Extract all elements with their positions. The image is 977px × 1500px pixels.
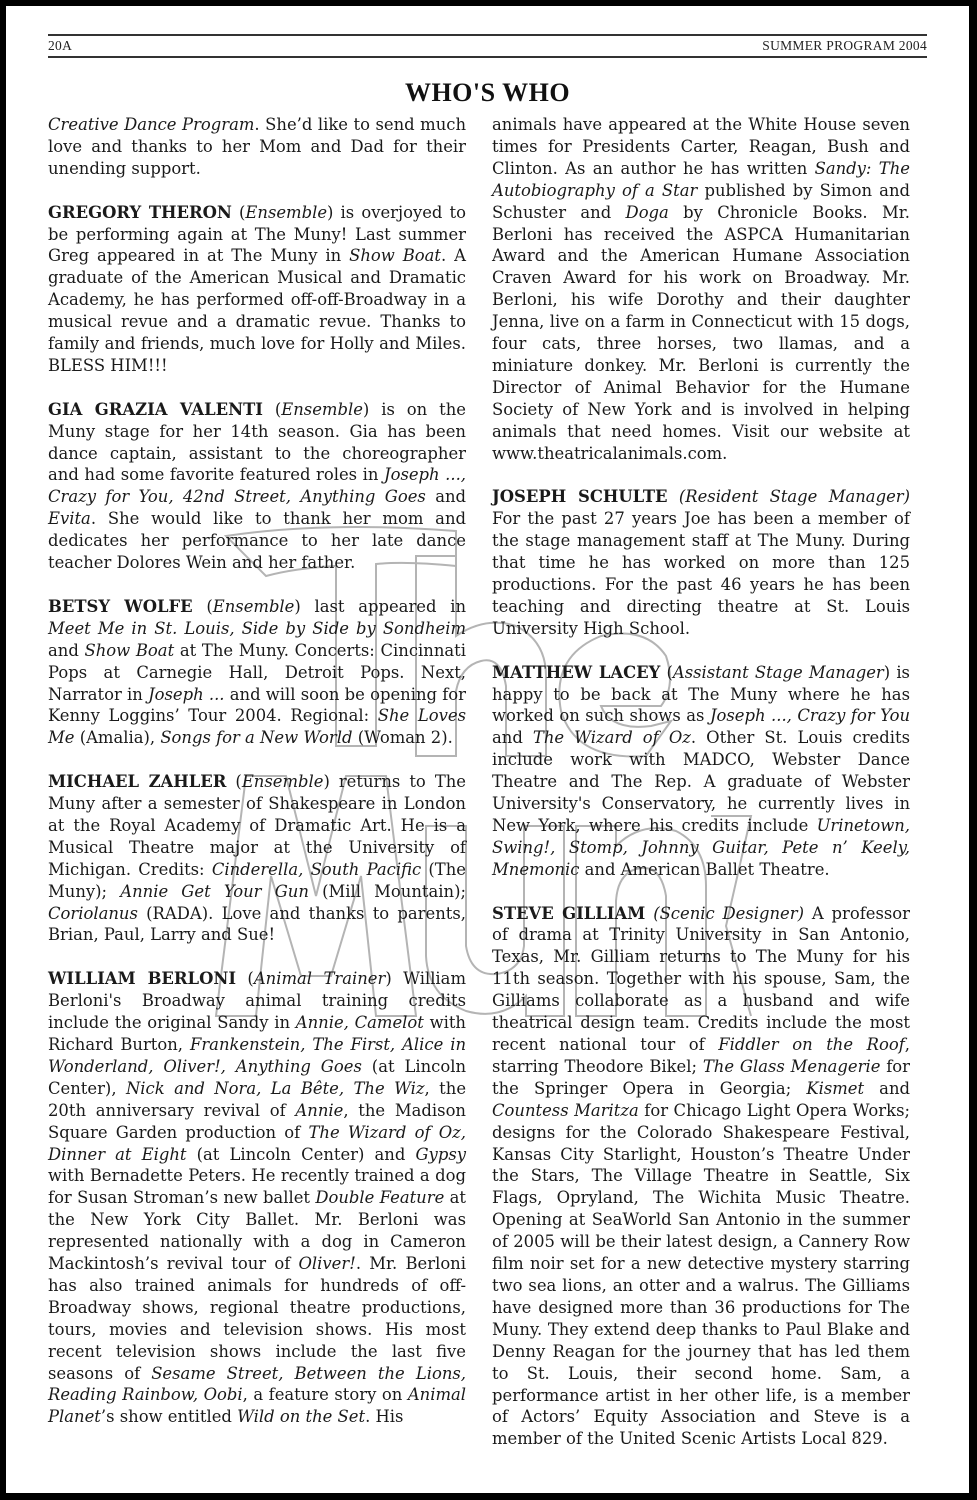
publication-title: SUMMER PROGRAM 2004: [762, 38, 927, 54]
bio-text: and: [426, 487, 466, 506]
bio-text: [668, 487, 679, 506]
italic-title-text: (Scenic Designer): [653, 904, 804, 923]
italic-title-text: Coriolanus: [48, 904, 138, 923]
italic-title-text: Nick and Nora, La Bête, The Wiz: [126, 1079, 425, 1098]
bio-entry: JOSEPH SCHULTE (Resident Stage Manager) …: [492, 486, 910, 639]
italic-title-text: Joseph ...: [148, 685, 224, 704]
bio-entry: MICHAEL ZAHLER (Ensemble) returns to The…: [48, 771, 466, 946]
bio-name: GIA GRAZIA VALENTI: [48, 400, 263, 419]
italic-title-text: Annie: [295, 1101, 343, 1120]
italic-title-text: Gypsy: [415, 1145, 466, 1164]
page-title: WHO'S WHO: [6, 78, 969, 108]
bio-name: MICHAEL ZAHLER: [48, 772, 226, 791]
bio-text: (Woman 2).: [353, 728, 453, 747]
bio-text: , a feature story on: [243, 1385, 408, 1404]
italic-title-text: Animal Trainer: [254, 969, 386, 988]
page-number: 20A: [48, 38, 72, 54]
bio-text: For the past 27 years Joe has been a mem…: [492, 509, 910, 638]
italic-title-text: The Wizard of Oz: [533, 728, 691, 747]
bio-text: and: [492, 728, 533, 747]
italic-title-text: Countess Maritza: [492, 1101, 639, 1120]
right-column: animals have appeared at the White House…: [492, 114, 910, 1472]
italic-title-text: Show Boat: [85, 641, 175, 660]
bio-text: by Chronicle Books. Mr. Berloni has rece…: [492, 203, 910, 463]
bio-entry: MATTHEW LACEY (Assistant Stage Manager) …: [492, 662, 910, 881]
bio-text: . She would like to thank her mom and de…: [48, 509, 466, 572]
italic-title-text: Joseph ..., Crazy for You: [710, 706, 910, 725]
bio-entry: WILLIAM BERLONI (Animal Trainer) William…: [48, 968, 466, 1428]
bio-entry: BETSY WOLFE (Ensemble) last appeared in …: [48, 596, 466, 749]
bio-name: JOSEPH SCHULTE: [492, 487, 668, 506]
bio-name: MATTHEW LACEY: [492, 663, 660, 682]
italic-title-text: Oliver!: [299, 1254, 356, 1273]
bio-text: (: [193, 597, 213, 616]
bio-entry: GIA GRAZIA VALENTI (Ensemble) is on the …: [48, 399, 466, 574]
italic-title-text: Cinderella, South Pacific: [212, 860, 421, 879]
italic-title-text: Annie Get Your Gun: [120, 882, 309, 901]
bio-name: BETSY WOLFE: [48, 597, 193, 616]
bio-text: and: [864, 1079, 910, 1098]
bio-text: (: [226, 772, 241, 791]
italic-title-text: Kismet: [806, 1079, 864, 1098]
bio-name: GREGORY THERON: [48, 203, 232, 222]
italic-title-text: Double Feature: [315, 1188, 444, 1207]
bio-text: ) last appeared in: [294, 597, 466, 616]
italic-title-text: Wild on the Set: [237, 1407, 365, 1426]
italic-title-text: Ensemble: [245, 203, 327, 222]
italic-title-text: Annie, Camelot: [296, 1013, 424, 1032]
bio-text: and: [48, 641, 85, 660]
italic-title-text: Songs for a New World: [160, 728, 352, 747]
bio-text: (: [660, 663, 673, 682]
italic-title-text: Fiddler on the Roof: [718, 1035, 905, 1054]
italic-title-text: Ensemble: [242, 772, 324, 791]
bio-text: (Mill Mountain);: [309, 882, 466, 901]
bio-continuation: animals have appeared at the White House…: [492, 114, 910, 465]
bio-name: STEVE GILLIAM: [492, 904, 645, 923]
italic-title-text: The Glass Menagerie: [703, 1057, 881, 1076]
bio-text: (: [236, 969, 254, 988]
bio-text: ’s show entitled: [101, 1407, 237, 1426]
italic-title-text: (Resident Stage Manager): [679, 487, 910, 506]
italic-title-text: Evita: [48, 509, 91, 528]
bio-text: A professor of drama at Trinity Universi…: [492, 904, 910, 1054]
bio-continuation: Creative Dance Program. She’d like to se…: [48, 114, 466, 180]
bio-entry: STEVE GILLIAM (Scenic Designer) A profes…: [492, 903, 910, 1451]
italic-title-text: Show Boat: [349, 246, 441, 265]
italic-title-text: Ensemble: [213, 597, 295, 616]
bio-text: [645, 904, 653, 923]
bio-name: WILLIAM BERLONI: [48, 969, 236, 988]
program-page: 20A SUMMER PROGRAM 2004 WHO'S WHO Creati…: [6, 6, 969, 1493]
italic-title-text: Ensemble: [281, 400, 363, 419]
running-header: 20A SUMMER PROGRAM 2004: [48, 34, 927, 58]
left-column: Creative Dance Program. She’d like to se…: [48, 114, 466, 1450]
bio-text: (: [263, 400, 281, 419]
bio-text: . His: [365, 1407, 403, 1426]
bio-text: . A graduate of the American Musical and…: [48, 246, 466, 375]
bio-text: (at Lincoln Center) and: [186, 1145, 415, 1164]
bio-text: (Amalia),: [74, 728, 160, 747]
bio-entry: GREGORY THERON (Ensemble) is overjoyed t…: [48, 202, 466, 377]
italic-title-text: Assistant Stage Manager: [673, 663, 884, 682]
bio-text: and American Ballet Theatre.: [579, 860, 829, 879]
italic-title-text: Creative Dance Program: [48, 115, 254, 134]
italic-title-text: Doga: [626, 203, 669, 222]
bio-text: for Chicago Light Opera Works; designs f…: [492, 1101, 910, 1449]
italic-title-text: Meet Me in St. Louis, Side by Side by So…: [48, 619, 466, 638]
bio-text: (: [232, 203, 246, 222]
